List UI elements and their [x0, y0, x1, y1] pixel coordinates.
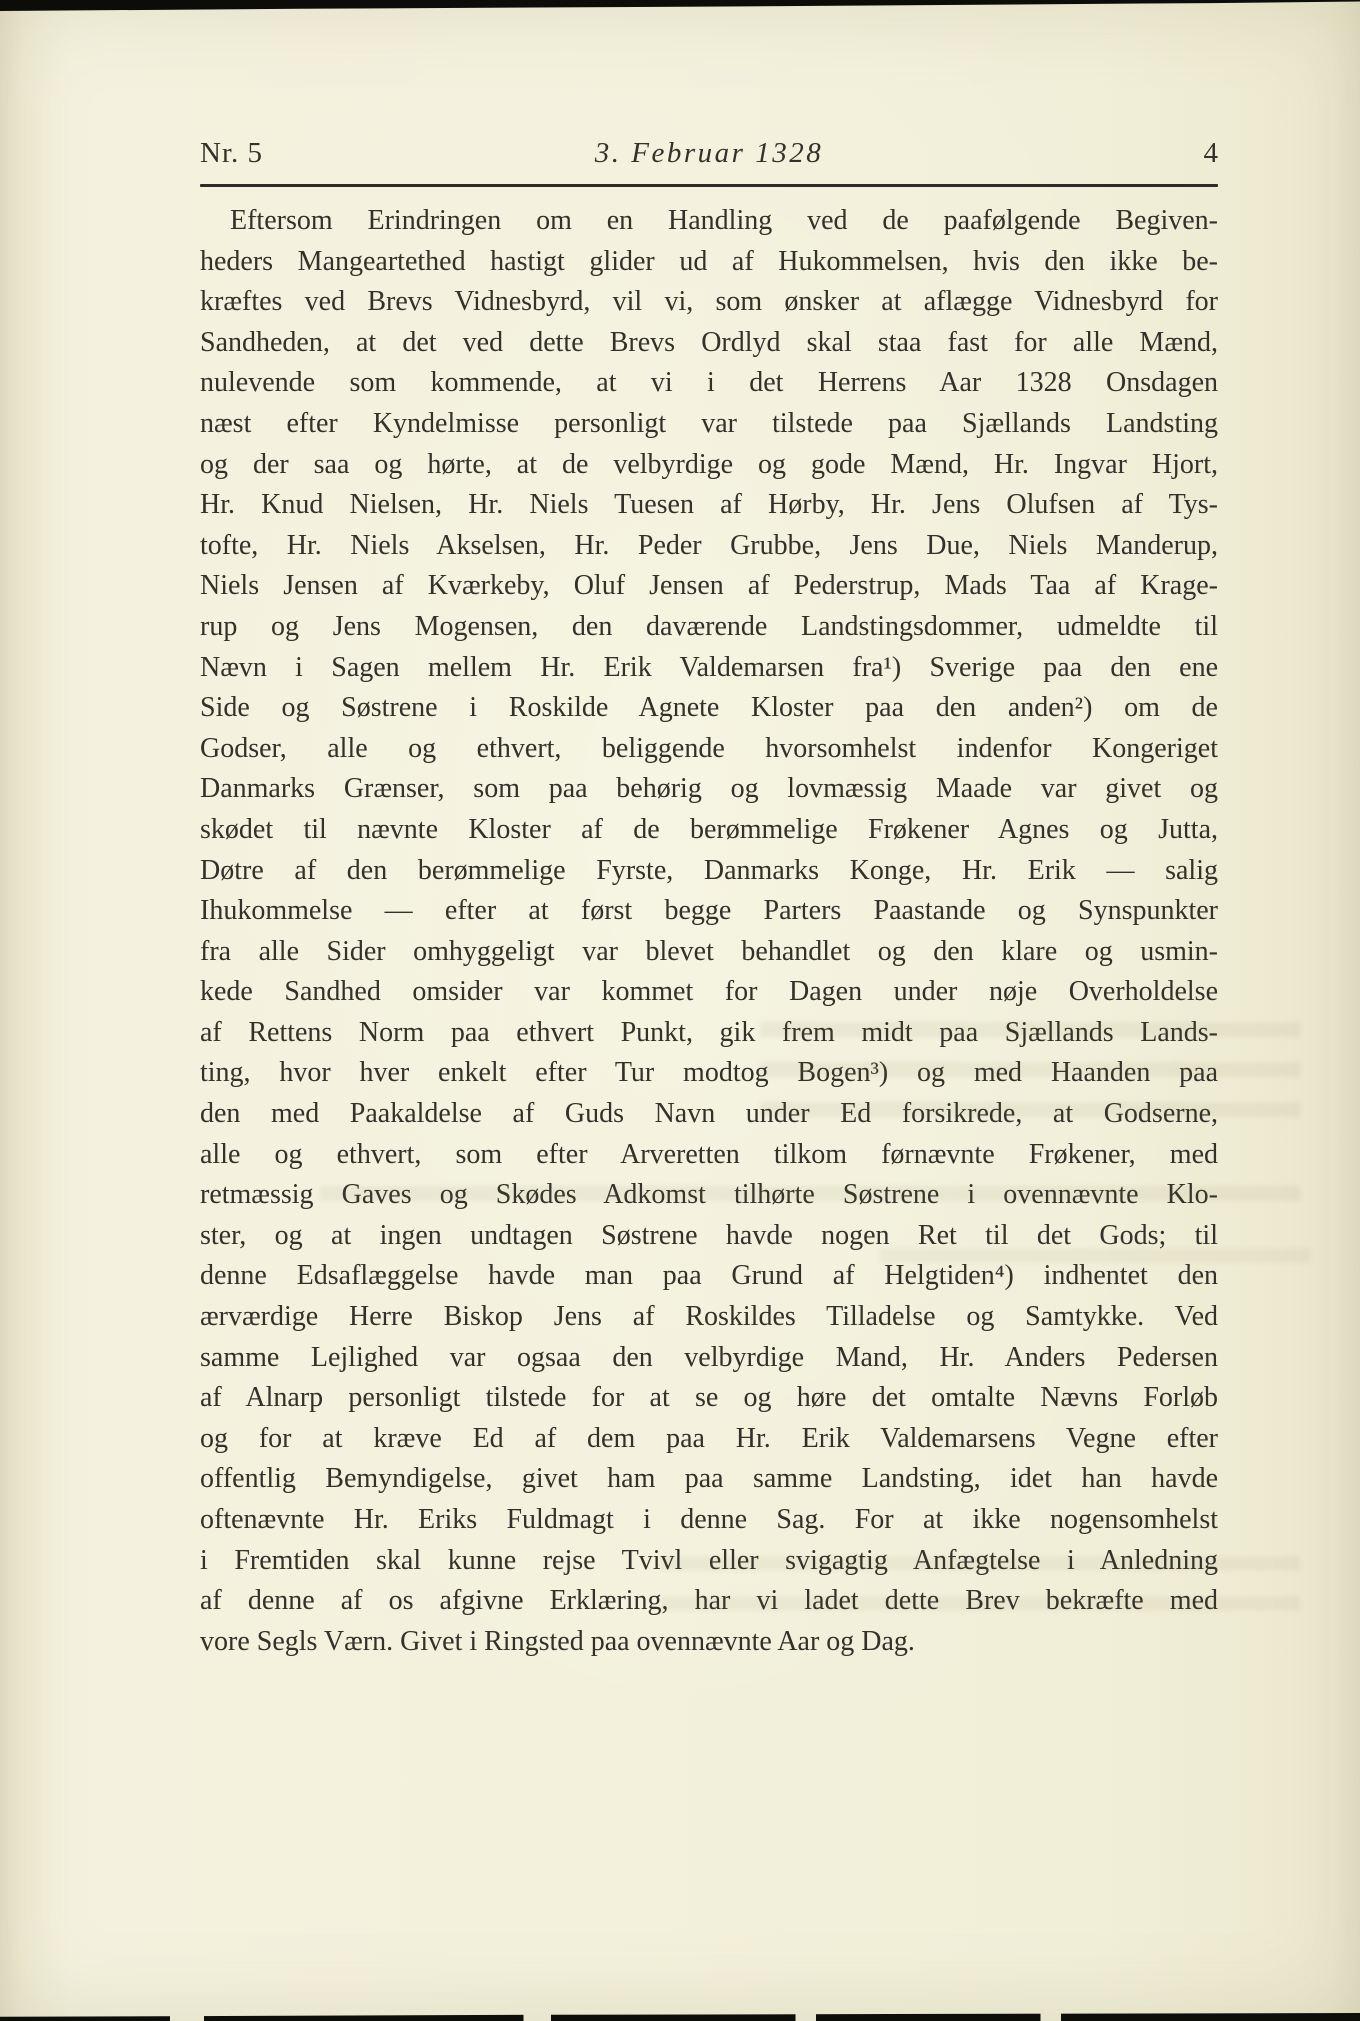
text-line: samme Lejlighed var ogsaa den velbyrdige… [200, 1338, 1218, 1379]
text-line: kede Sandhed omsider var kommet for Dage… [200, 972, 1218, 1013]
header-rule-divider [200, 184, 1218, 187]
text-line: vore Segls Værn. Givet i Ringsted paa ov… [200, 1622, 1218, 1663]
text-line: kræftes ved Brevs Vidnesbyrd, vil vi, so… [200, 282, 1218, 323]
text-line: ærværdige Herre Biskop Jens af Roskildes… [200, 1297, 1218, 1338]
text-line: i Fremtiden skal kunne rejse Tvivl eller… [200, 1541, 1218, 1582]
text-line: og der saa og hørte, at de velbyrdige og… [200, 445, 1218, 486]
text-line: oftenævnte Hr. Eriks Fuldmagt i denne Sa… [200, 1500, 1218, 1541]
text-line: skødet til nævnte Kloster af de berømmel… [200, 810, 1218, 851]
body-paragraph: Eftersom Erindringen om en Handling ved … [200, 201, 1218, 1662]
text-line: fra alle Sider omhyggeligt var blevet be… [200, 932, 1218, 973]
text-line: og for at kræve Ed af dem paa Hr. Erik V… [200, 1419, 1218, 1460]
text-line: Hr. Knud Nielsen, Hr. Niels Tuesen af Hø… [200, 485, 1218, 526]
text-line: ster, og at ingen undtagen Søstrene havd… [200, 1216, 1218, 1257]
text-line: Danmarks Grænser, som paa behørig og lov… [200, 769, 1218, 810]
scanned-document-page: Nr. 5 3. Februar 1328 4 Eftersom Erindri… [0, 0, 1360, 2021]
text-line: den med Paakaldelse af Guds Navn under E… [200, 1094, 1218, 1135]
text-line: nulevende som kommende, at vi i det Herr… [200, 363, 1218, 404]
text-line: Side og Søstrene i Roskilde Agnete Klost… [200, 688, 1218, 729]
text-line: af denne af os afgivne Erklæring, har vi… [200, 1581, 1218, 1622]
date-heading: 3. Februar 1328 [420, 136, 998, 170]
text-line: af Alnarp personligt tilstede for at se … [200, 1378, 1218, 1419]
text-line: af Rettens Norm paa ethvert Punkt, gik f… [200, 1013, 1218, 1054]
text-line: tofte, Hr. Niels Akselsen, Hr. Peder Gru… [200, 526, 1218, 567]
text-line: næst efter Kyndelmisse personligt var ti… [200, 404, 1218, 445]
text-line: Niels Jensen af Kværkeby, Oluf Jensen af… [200, 566, 1218, 607]
text-line: Sandheden, at det ved dette Brevs Ordlyd… [200, 323, 1218, 364]
scan-edge-top [0, 0, 1360, 11]
text-line: Døtre af den berømmelige Fyrste, Danmark… [200, 851, 1218, 892]
text-line: rup og Jens Mogensen, den daværende Land… [200, 607, 1218, 648]
text-line: Godser, alle og ethvert, beliggende hvor… [200, 729, 1218, 770]
text-line: Ihukommelse — efter at først begge Parte… [200, 891, 1218, 932]
text-line: heders Mangeartethed hastigt glider ud a… [200, 242, 1218, 283]
text-line: retmæssig Gaves og Skødes Adkomst tilhør… [200, 1175, 1218, 1216]
text-line: Eftersom Erindringen om en Handling ved … [200, 201, 1218, 242]
text-line: Nævn i Sagen mellem Hr. Erik Valdemarsen… [200, 648, 1218, 689]
text-line: ting, hvor hver enkelt efter Tur modtog … [200, 1053, 1218, 1094]
text-line: offentlig Bemyndigelse, givet ham paa sa… [200, 1459, 1218, 1500]
scan-edge-bottom [0, 2011, 1360, 2021]
page-header: Nr. 5 3. Februar 1328 4 [200, 136, 1218, 170]
document-number-label: Nr. 5 [200, 136, 420, 170]
text-line: alle og ethvert, som efter Arveretten ti… [200, 1135, 1218, 1176]
text-line: denne Edsaflæggelse havde man paa Grund … [200, 1256, 1218, 1297]
page-number: 4 [998, 136, 1218, 170]
